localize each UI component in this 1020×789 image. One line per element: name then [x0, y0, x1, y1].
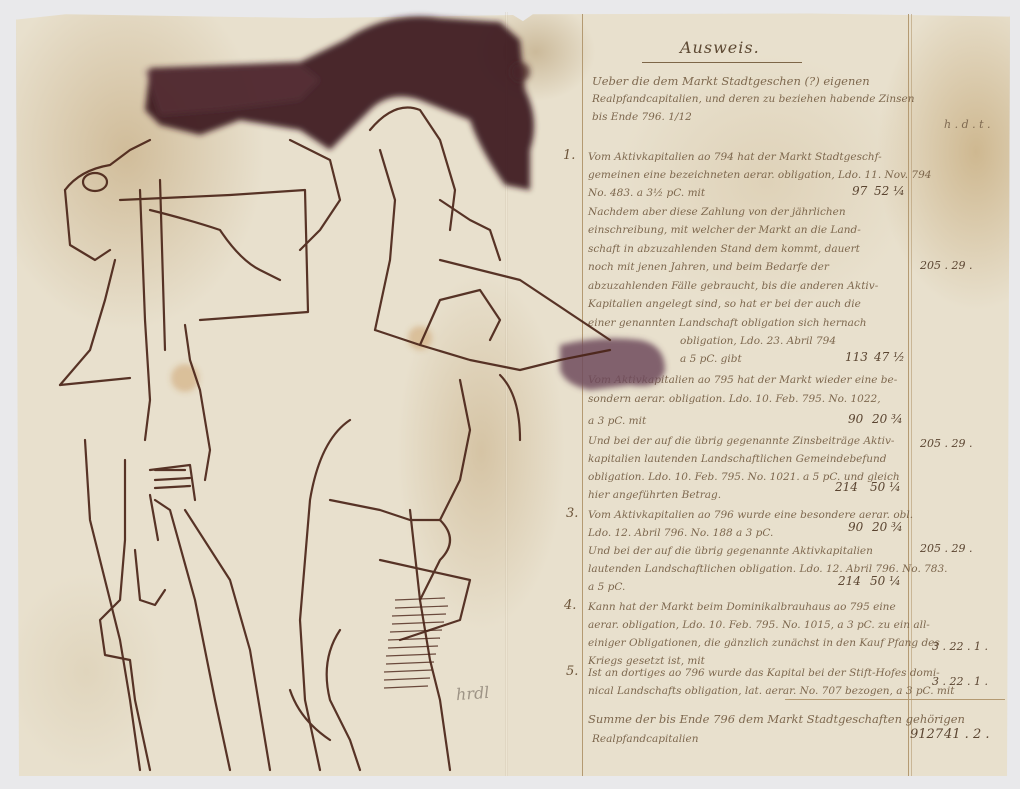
artist-signature: hrdl [455, 683, 490, 704]
ink-wash [145, 16, 665, 392]
ink-drawing [0, 0, 1020, 789]
figure-lines [60, 108, 610, 771]
hatching [384, 598, 448, 688]
